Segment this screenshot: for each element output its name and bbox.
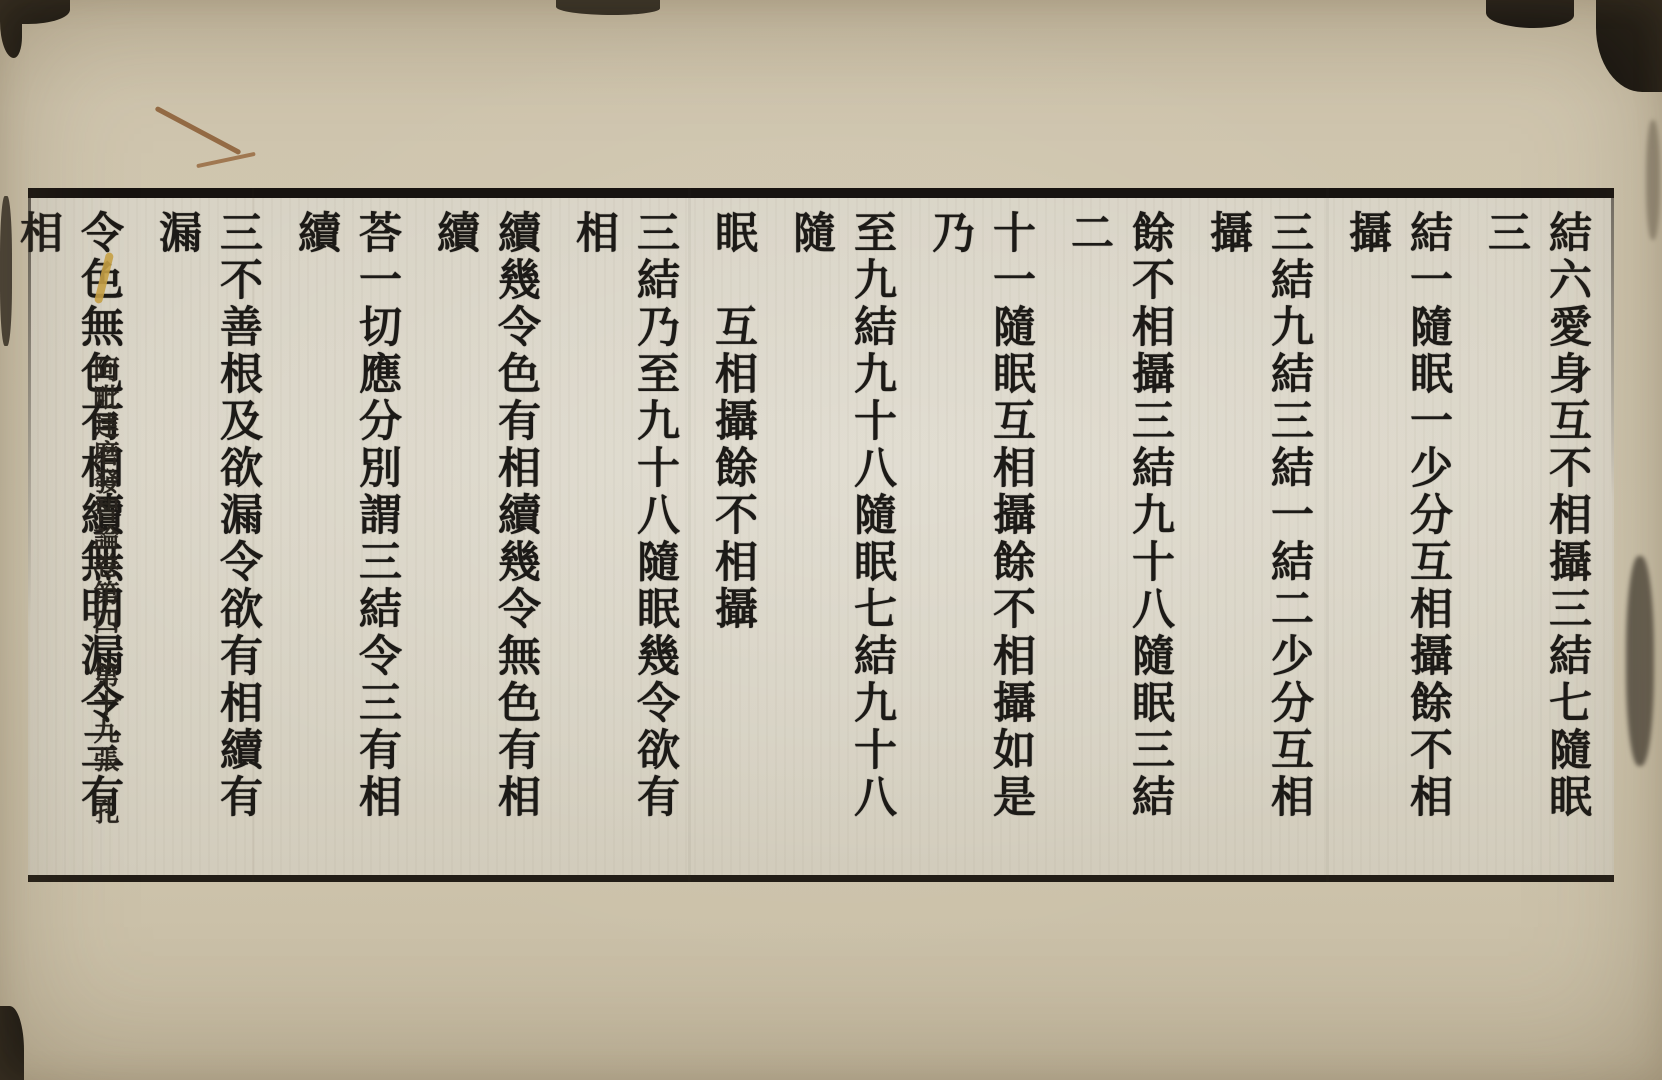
scanned-sutra-page: 結六愛身互不相攝三結七隨眠三 結一隨眠一少分互相攝餘不相攝 三結九結三結一結二少…: [0, 0, 1662, 1080]
colophon-carver-mark: 孔: [89, 798, 119, 826]
colophon-title: 阿毗達磨發智論卷第四: [89, 356, 119, 636]
text-column: 十一隨眠互相攝餘不相攝如是乃: [920, 210, 1042, 867]
colophon-sheet-number: 第十九張: [89, 662, 119, 774]
text-column: 三結乃至九十八隨眠幾令欲有相: [564, 210, 686, 867]
paper-fiber-red: [154, 106, 241, 155]
ink-smudge-top-right: [1486, 0, 1574, 28]
text-column: 三結九結三結一結二少分互相攝: [1198, 210, 1320, 867]
ink-smudge-top-right-corner: [1596, 0, 1662, 92]
text-column: 餘不相攝三結九十八隨眠三結二: [1059, 210, 1181, 867]
ink-smudge-top-left: [0, 0, 70, 24]
printed-text-frame: 結六愛身互不相攝三結七隨眠三 結一隨眠一少分互相攝餘不相攝 三結九結三結一結二少…: [28, 188, 1614, 882]
colophon-column: 阿毗達磨發智論卷第四第十九張孔: [86, 356, 123, 826]
shadow-right-edge: [1626, 556, 1654, 766]
text-column: 荅一切應分別謂三結令三有相續: [286, 210, 408, 867]
text-column: 結一隨眠一少分互相攝餘不相攝: [1337, 210, 1459, 867]
ink-smudge-bottom-left-corner: [0, 1006, 24, 1080]
text-column: 至九結九十八隨眠七結九十八隨: [781, 210, 903, 867]
frame-right-border: [1611, 198, 1614, 498]
ink-smudge-top-left-2: [0, 0, 22, 58]
text-column: 三不善根及欲漏令欲有相續有漏: [147, 210, 269, 867]
shadow-right-edge-upper: [1646, 120, 1660, 240]
text-column: 眠 互相攝餘不相攝: [703, 210, 764, 867]
text-column: 續幾令色有相續幾令無色有相續: [425, 210, 547, 867]
sutra-text-block: 結六愛身互不相攝三結七隨眠三 結一隨眠一少分互相攝餘不相攝 三結九結三結一結二少…: [178, 210, 1598, 867]
ink-smudge-top-middle: [556, 0, 660, 15]
paper-fiber-red-2: [196, 152, 256, 168]
text-column: 結六愛身互不相攝三結七隨眠三: [1476, 210, 1598, 867]
